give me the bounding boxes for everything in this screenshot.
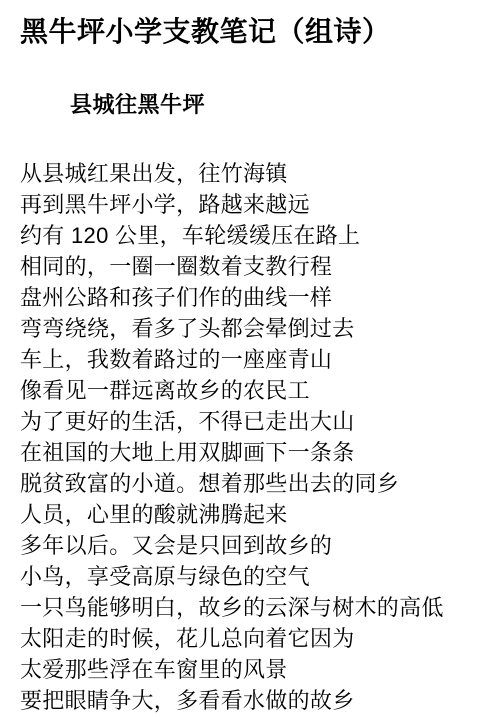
- poem-section-title: 县城往黑牛坪: [20, 92, 485, 118]
- poem-line: 相同的，一圈一圈数着支教行程: [20, 251, 485, 282]
- poem-line: 脱贫致富的小道。想着那些出去的同乡: [20, 468, 485, 499]
- document-page: 黑牛坪小学支教笔记（组诗） 县城往黑牛坪 从县城红果出发，往竹海镇再到黑牛坪小学…: [0, 0, 503, 717]
- poem-line: 人员，心里的酸就沸腾起来: [20, 499, 485, 530]
- poem-line: 像看见一群远离故乡的农民工: [20, 375, 485, 406]
- poem-line: 太爱那些浮在车窗里的风景: [20, 654, 485, 685]
- poem-line: 车上，我数着路过的一座座青山: [20, 344, 485, 375]
- poem-line: 在祖国的大地上用双脚画下一条条: [20, 437, 485, 468]
- poem-line: 从县城红果出发，往竹海镇: [20, 158, 485, 189]
- poem-line: 多年以后。又会是只回到故乡的: [20, 530, 485, 561]
- poem-body: 从县城红果出发，往竹海镇再到黑牛坪小学，路越来越远约有 120 公里，车轮缓缓压…: [20, 158, 485, 716]
- poem-line: 太阳走的时候，花儿总向着它因为: [20, 623, 485, 654]
- poem-line: 再到黑牛坪小学，路越来越远: [20, 189, 485, 220]
- poem-line: 小鸟，享受高原与绿色的空气: [20, 561, 485, 592]
- document-title: 黑牛坪小学支教笔记（组诗）: [20, 16, 485, 48]
- poem-line: 弯弯绕绕，看多了头都会晕倒过去: [20, 313, 485, 344]
- poem-line: 要把眼睛争大，多看看水做的故乡: [20, 685, 485, 716]
- poem-line: 为了更好的生活，不得已走出大山: [20, 406, 485, 437]
- poem-line: 约有 120 公里，车轮缓缓压在路上: [20, 220, 485, 251]
- poem-line: 盘州公路和孩子们作的曲线一样: [20, 282, 485, 313]
- poem-line: 一只鸟能够明白，故乡的云深与树木的高低: [20, 592, 485, 623]
